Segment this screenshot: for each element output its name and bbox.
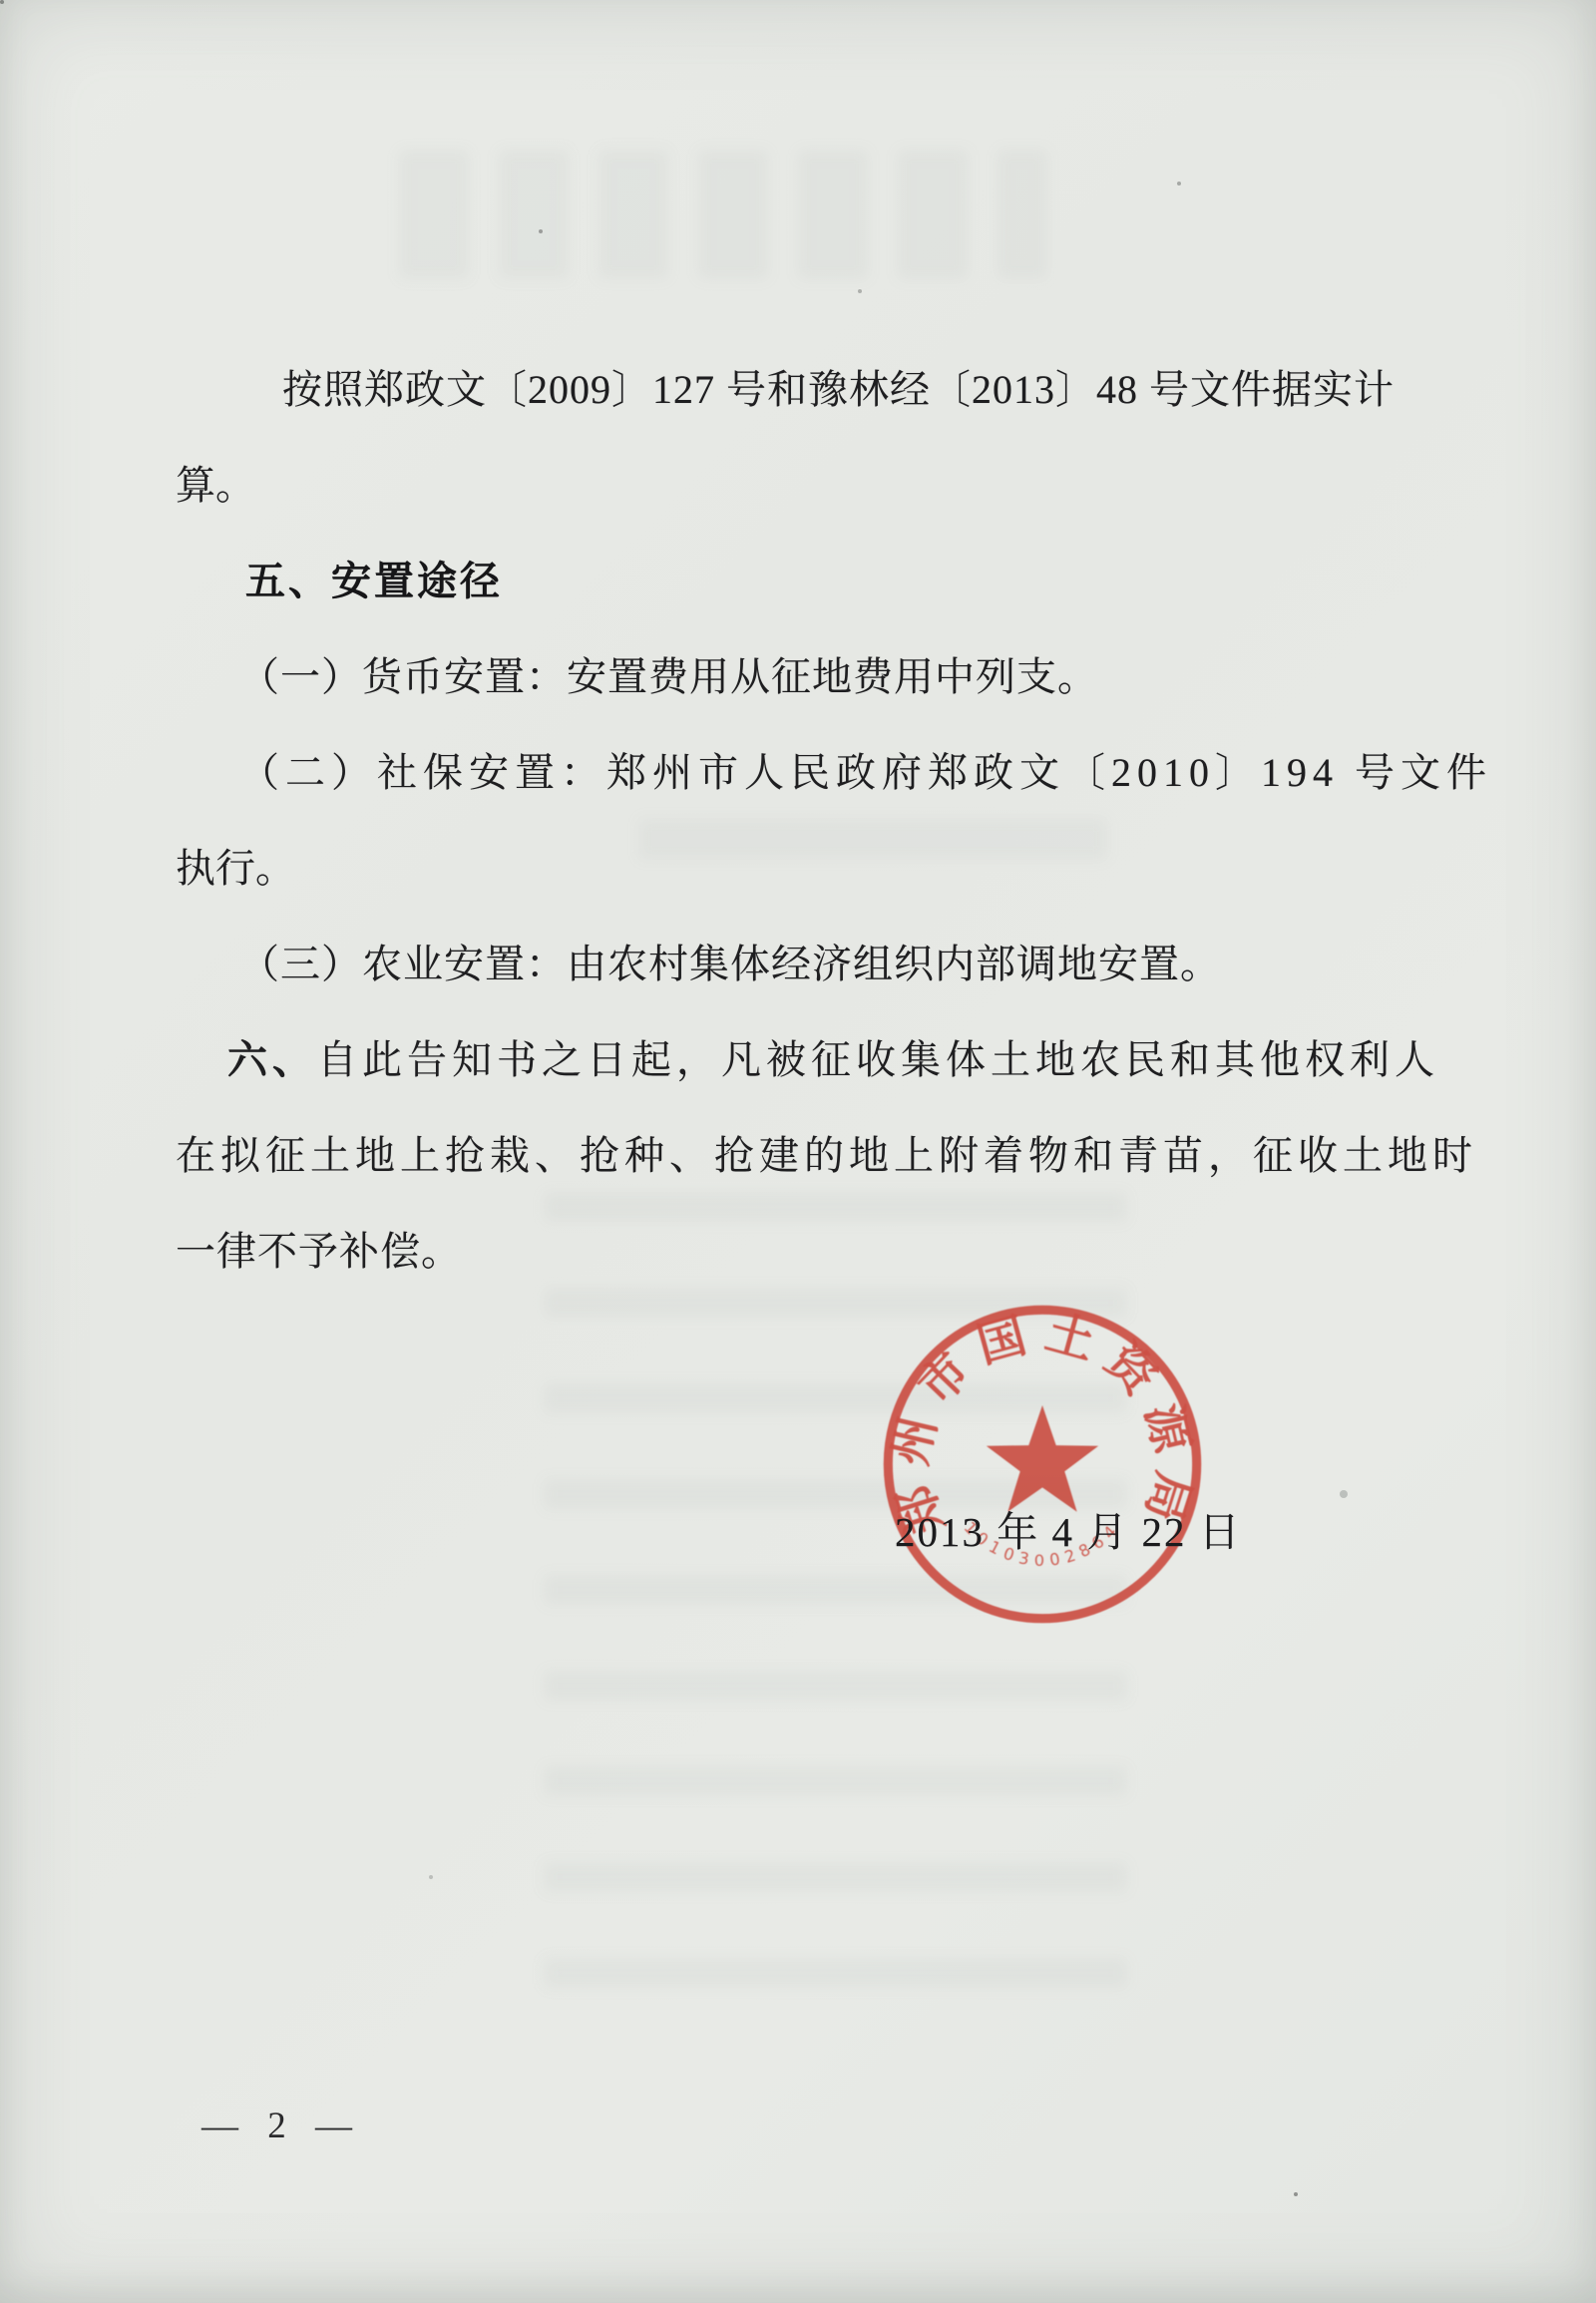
- seal-star-icon: [987, 1405, 1098, 1512]
- paper-background: 按照郑政文〔2009〕127 号和豫林经〔2013〕48 号文件据实计 算。 五…: [0, 0, 1596, 2303]
- body-line: 执行。: [176, 846, 295, 892]
- body-line: 六、自此告知书之日起，凡被征收集体土地农民和其他权利人: [227, 1037, 1439, 1083]
- body-line: （一）货币安置：安置费用从征地费用中列支。: [239, 654, 1098, 700]
- body-line: （三）农业安置：由农村集体经济组织内部调地安置。: [239, 942, 1221, 987]
- page-number: — 2 —: [201, 2105, 362, 2147]
- body-line: 在拟征土地上抢栽、抢种、抢建的地上附着物和青苗，征收土地时: [176, 1133, 1477, 1179]
- section-number-bold: 六、: [227, 1038, 317, 1082]
- body-line-text: 自此告知书之日起，凡被征收集体土地农民和其他权利人: [317, 1037, 1439, 1082]
- body-line: 一律不予补偿。: [176, 1229, 462, 1275]
- official-seal: 郑州市国土资源局 4101030028643: [870, 1292, 1215, 1637]
- bleed-through-ghost-middle: [638, 818, 1107, 860]
- body-line: 算。: [176, 463, 255, 509]
- bleed-through-ghost-top: [399, 150, 1047, 279]
- body-line: （二）社保安置：郑州市人民政府郑政文〔2010〕194 号文件: [239, 750, 1492, 796]
- body-line: 按照郑政文〔2009〕127 号和豫林经〔2013〕48 号文件据实计: [282, 367, 1395, 413]
- document-date: 2013 年 4 月 22 日: [895, 1499, 1242, 1558]
- scanned-document-page: { "document": { "lines": [ { "text": "按照…: [0, 0, 1596, 2303]
- section-heading: 五、安置途径: [245, 559, 503, 604]
- scan-dust-specks: [0, 0, 4, 4]
